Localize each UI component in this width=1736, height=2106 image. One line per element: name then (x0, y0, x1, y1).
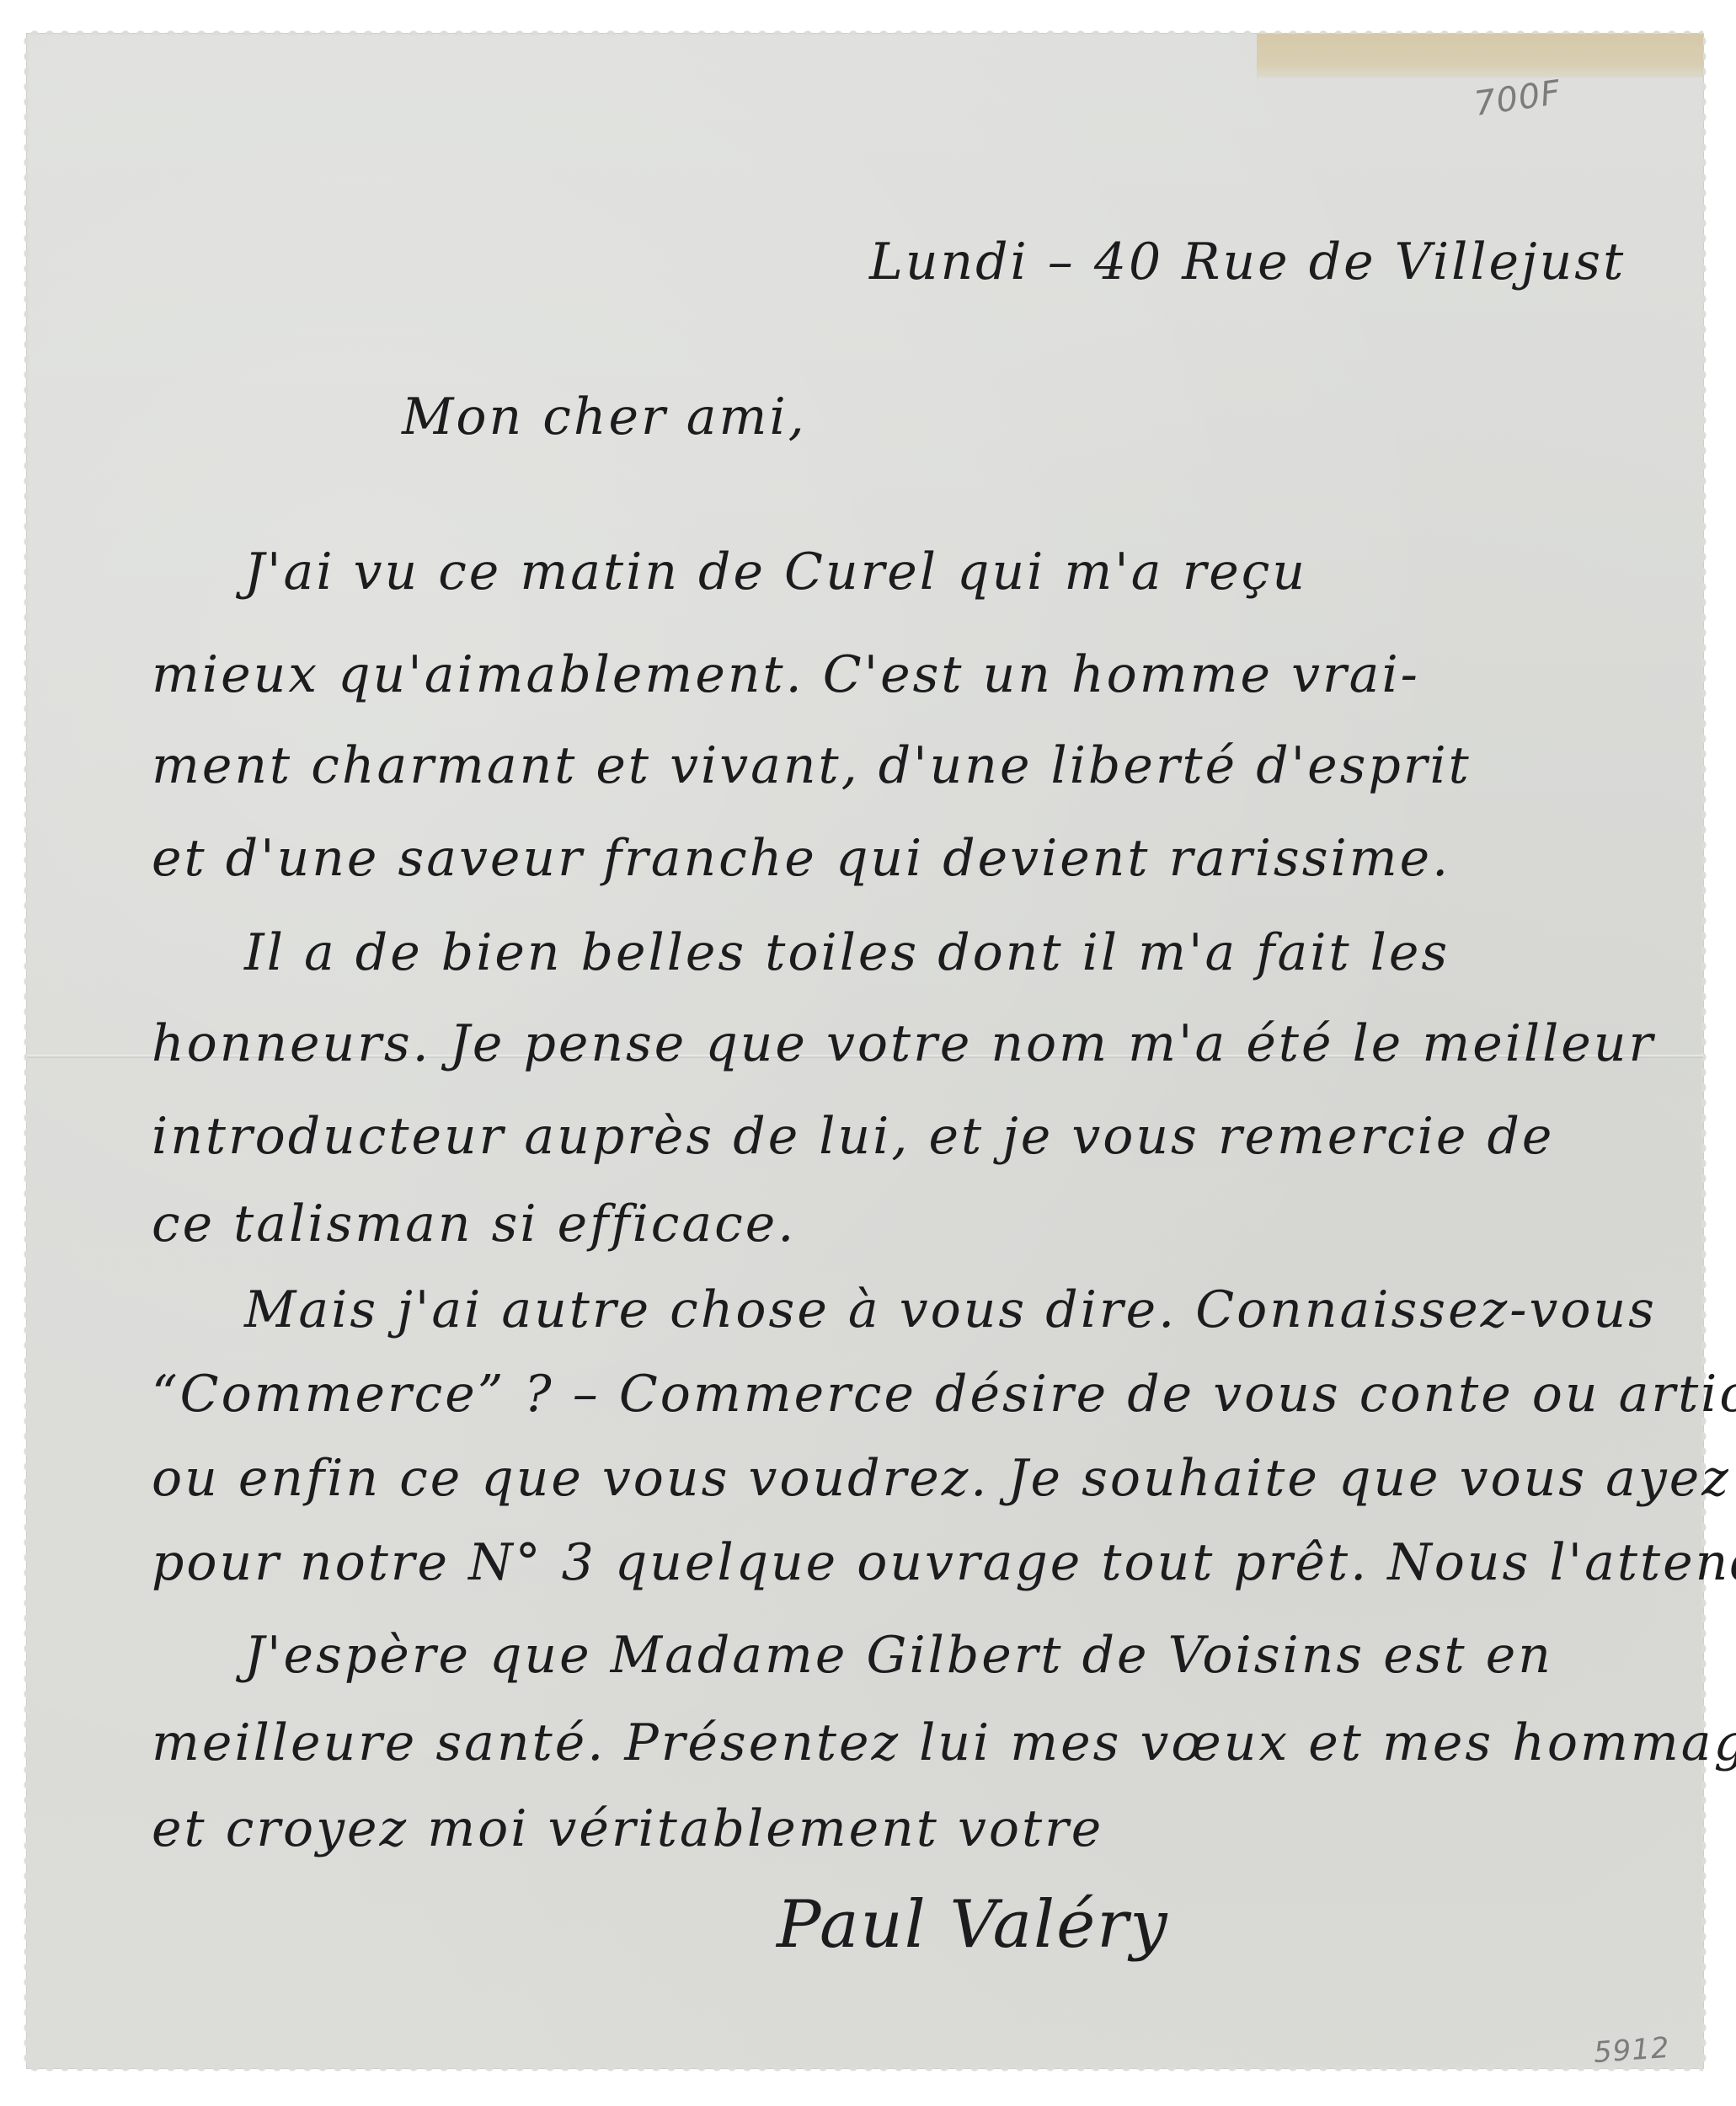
perforated-edge-bottom (27, 2066, 1703, 2075)
perforated-edge-left (20, 34, 29, 2068)
body-line: Il a de bien belles toiles dont il m'a f… (244, 923, 1450, 982)
body-line: meilleure santé. Présentez lui mes vœux … (152, 1713, 1736, 1772)
signature: Paul Valéry (777, 1887, 1169, 1963)
body-line: pour notre N° 3 quelque ouvrage tout prê… (152, 1533, 1736, 1592)
body-line: Mais j'ai autre chose à vous dire. Conna… (244, 1280, 1657, 1339)
dateline: Lundi – 40 Rue de Villejust (869, 233, 1626, 291)
body-line: J'ai vu ce matin de Curel qui m'a reçu (244, 543, 1307, 601)
reference-annotation: 5912 (1593, 2031, 1671, 2070)
body-line: introducteur auprès de lui, et je vous r… (152, 1107, 1554, 1166)
body-line: “Commerce” ? – Commerce désire de vous c… (152, 1365, 1736, 1424)
body-line: et croyez moi véritablement votre (152, 1799, 1103, 1858)
body-line: ment charmant et vivant, d'une liberté d… (152, 736, 1472, 795)
body-line: et d'une saveur franche qui devient rari… (152, 829, 1450, 888)
body-line: J'espère que Madame Gilbert de Voisins e… (244, 1626, 1553, 1685)
tape-strip (1257, 34, 1703, 78)
price-annotation: 700F (1472, 73, 1563, 124)
body-line: ce talisman si efficace. (152, 1195, 796, 1253)
body-line: honneurs. Je pense que votre nom m'a été… (152, 1014, 1655, 1073)
letter-sheet: 700F Lundi – 40 Rue de Villejust Mon che… (27, 34, 1703, 2068)
salutation: Mon cher ami, (402, 388, 807, 446)
body-line: ou enfin ce que vous voudrez. Je souhait… (152, 1449, 1731, 1508)
body-line: mieux qu'aimablement. C'est un homme vra… (152, 645, 1420, 704)
